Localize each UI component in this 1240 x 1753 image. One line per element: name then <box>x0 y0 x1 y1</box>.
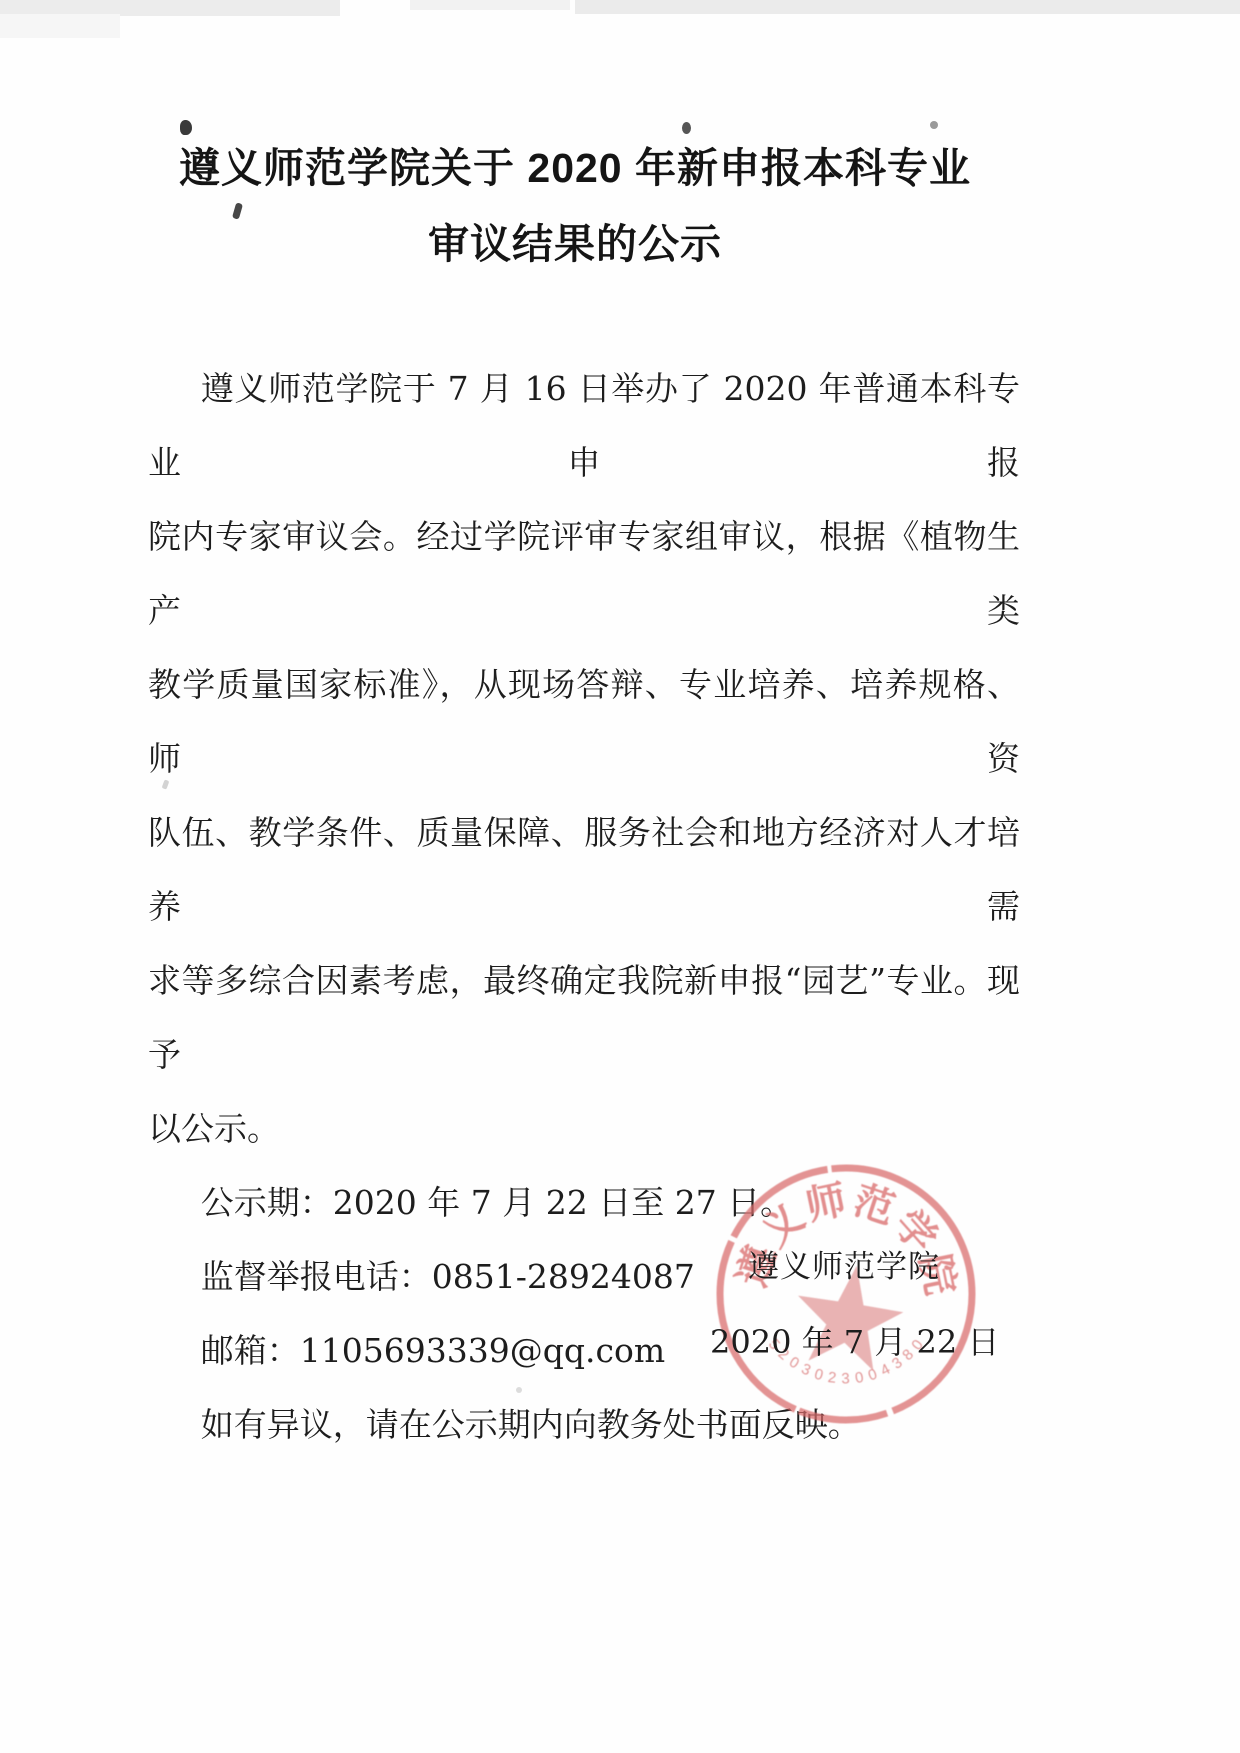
title-line-1: 遵义师范学院关于 2020 年新申报本科专业 <box>0 130 1150 206</box>
scanned-notice-page: 遵义师范学院关于 2020 年新申报本科专业 审议结果的公示 遵义师范学院于 7… <box>0 0 1240 1753</box>
official-seal: 遵义师范学院 5203023004380 <box>710 1156 982 1428</box>
body-line: 遵义师范学院于 7 月 16 日举办了 2020 年普通本科专业申报 <box>148 352 1020 500</box>
title-line-2: 审议结果的公示 <box>0 206 1150 282</box>
scan-artifact <box>0 0 340 16</box>
signature-date: 2020 年 7 月 22 日 <box>710 1317 999 1363</box>
scan-artifact <box>410 0 570 10</box>
body-line: 求等多综合因素考虑，最终确定我院新申报“园艺”专业。现予 <box>148 944 1020 1092</box>
scan-artifact <box>575 0 1240 14</box>
body-line: 以公示。 <box>148 1092 1020 1166</box>
signature-org: 遵义师范学院 <box>748 1241 940 1286</box>
document-title: 遵义师范学院关于 2020 年新申报本科专业 审议结果的公示 <box>0 130 1150 282</box>
scan-artifact <box>0 14 120 38</box>
scan-artifact <box>930 121 938 129</box>
body-line: 院内专家审议会。经过学院评审专家组审议，根据《植物生产类 <box>148 500 1020 648</box>
body-line: 教学质量国家标准》，从现场答辩、专业培养、培养规格、师资 <box>148 648 1020 796</box>
body-line: 队伍、教学条件、质量保障、服务社会和地方经济对人才培养需 <box>148 796 1020 944</box>
